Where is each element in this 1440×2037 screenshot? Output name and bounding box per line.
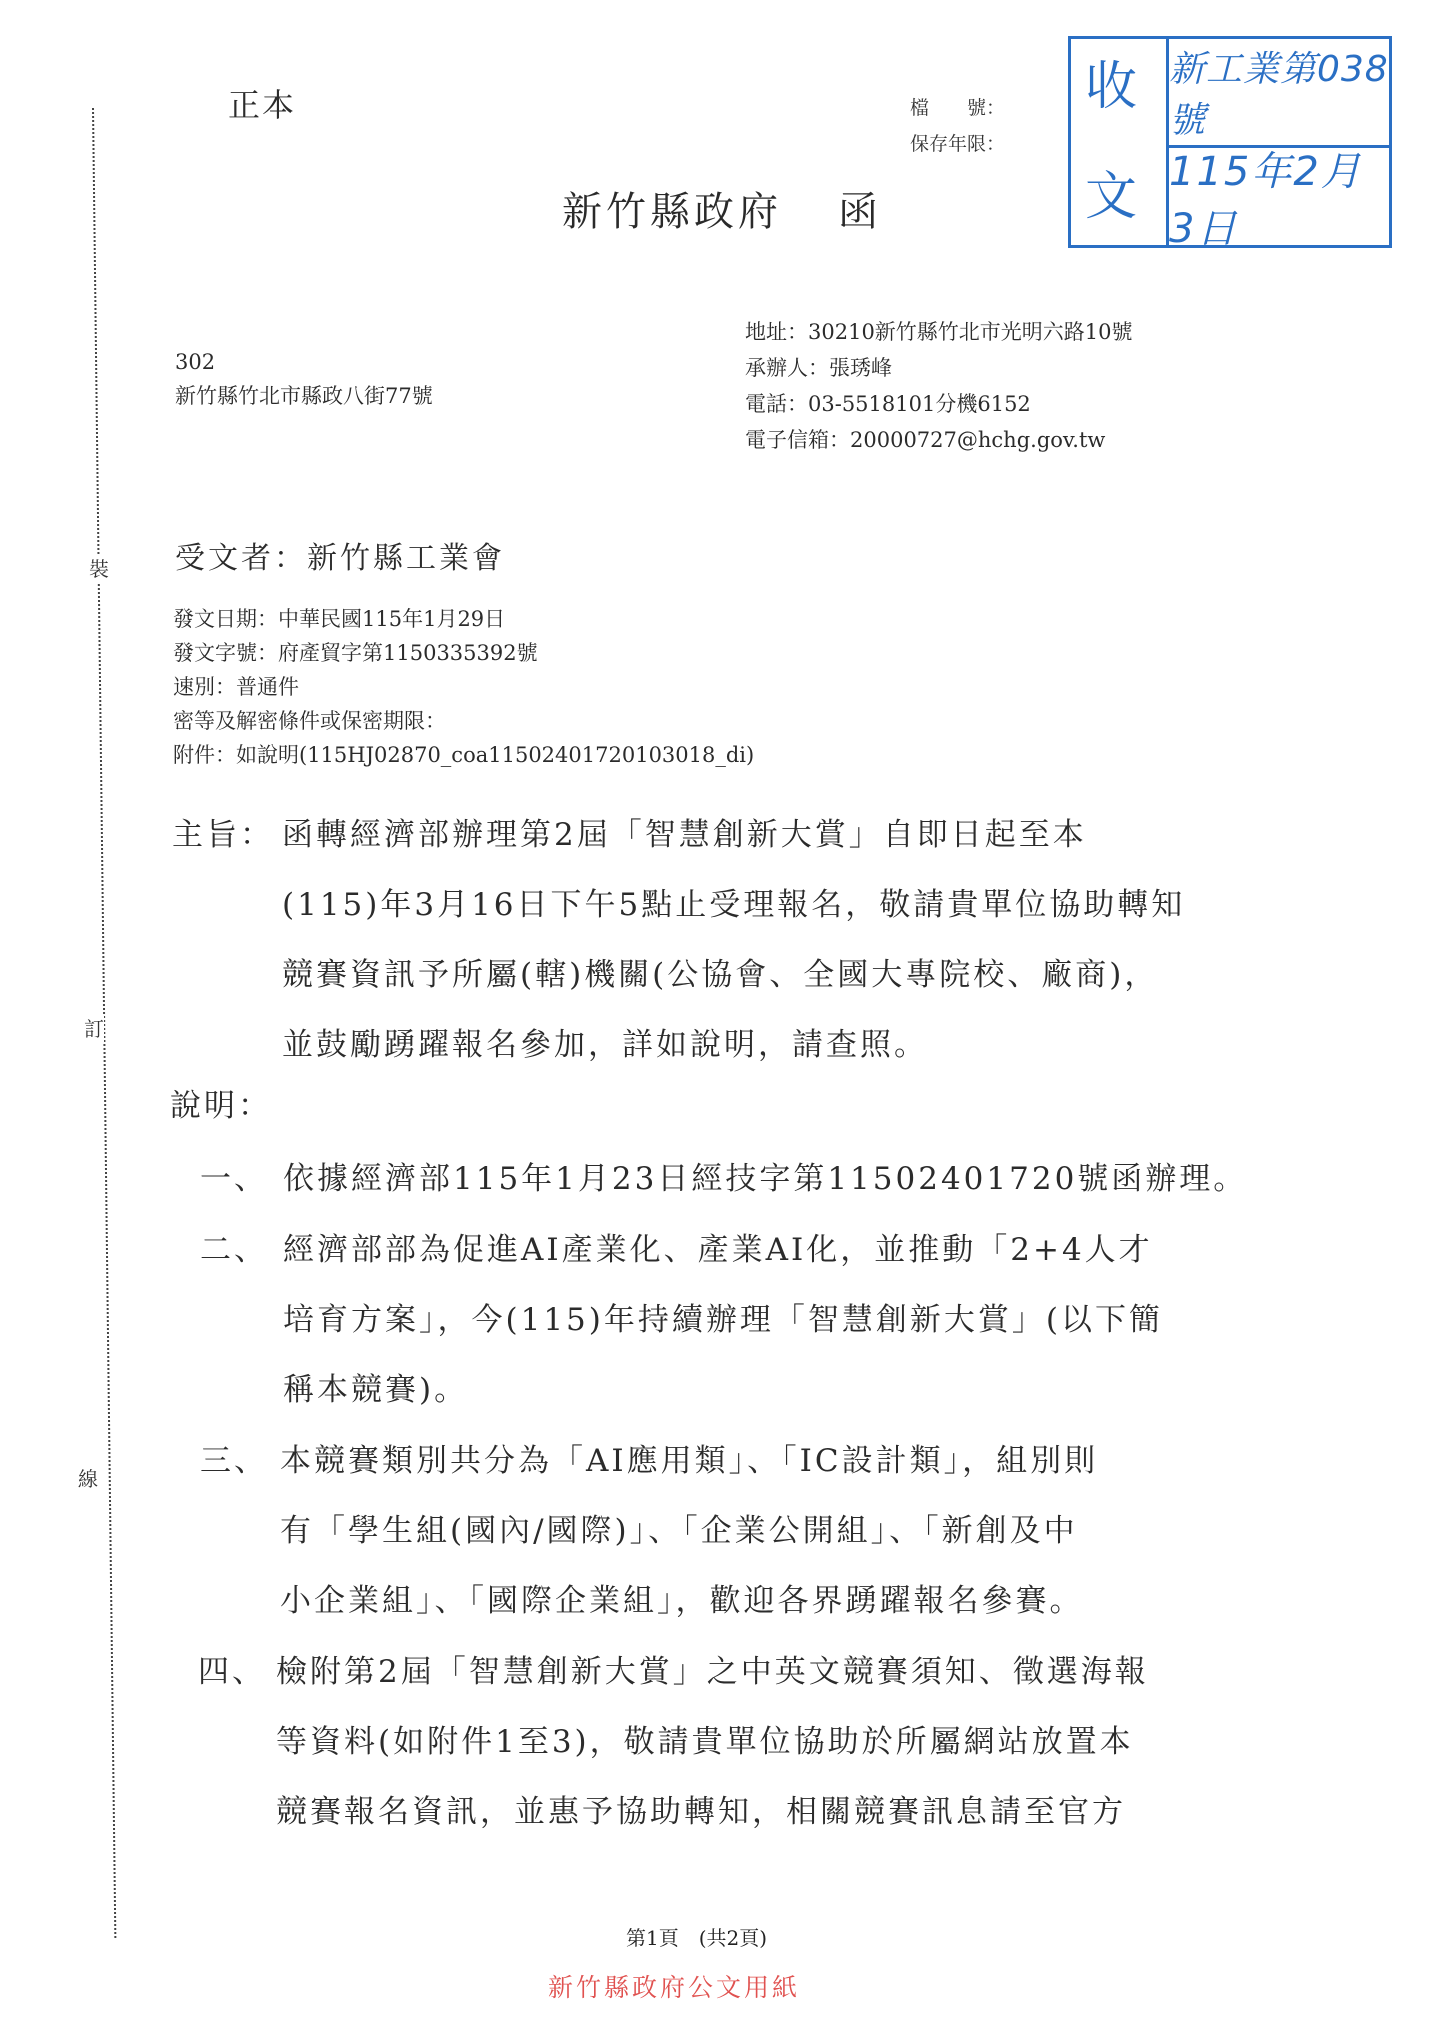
priority: 速別：普通件 — [173, 670, 754, 704]
item-line: 稱本競賽)。 — [283, 1364, 468, 1409]
title-org: 新竹縣政府 — [562, 189, 782, 235]
sender-officer: 承辦人：張琇峰 — [745, 350, 1133, 386]
issue-date: 發文日期：中華民國115年1月29日 — [173, 602, 754, 636]
page-number: 第1頁 (共2頁) — [626, 1922, 767, 1951]
sender-email: 電子信箱：20000727@hchg.gov.tw — [745, 422, 1133, 458]
subject-line: 競賽資訊予所屬(轄)機關(公協會、全國大專院校、廠商)， — [282, 940, 1158, 1010]
binding-char-xian: 線 — [78, 1466, 98, 1492]
attachment: 附件：如說明(115HJ02870_coa11502401720103018_d… — [173, 738, 754, 772]
sender-phone: 電話：03-5518101分機6152 — [745, 386, 1133, 422]
item-line: 本競賽類別共分為「AI應用類」、「IC設計類」，組別則 — [280, 1435, 1098, 1480]
file-meta: 檔 號： 保存年限： — [910, 90, 1005, 162]
stamp-char-document: 文 — [1085, 167, 1137, 227]
receipt-stamp: 收 文 新工業第038號 115年2月3日 — [1068, 36, 1392, 248]
stamp-char-receive: 收 — [1085, 57, 1137, 117]
document-title: 新竹縣政府函 — [562, 180, 882, 237]
item-line: 經濟部部為促進AI產業化、產業AI化，並推動「2+4人才 — [283, 1224, 1153, 1269]
item-marker: 四、 — [198, 1646, 266, 1691]
retention-label: 保存年限： — [910, 126, 1005, 162]
stamp-receipt-date: 115年2月3日 — [1169, 148, 1389, 245]
recipient-postal-code: 302 — [175, 345, 433, 379]
item-line: 檢附第2屆「智慧創新大賞」之中英文競賽須知、徵選海報 — [276, 1646, 1149, 1691]
file-number-label: 檔 號： — [910, 90, 1005, 126]
official-paper-label: 新竹縣政府公文用紙 — [548, 1968, 800, 2004]
classification: 密等及解密條件或保密期限： — [173, 704, 754, 738]
title-type: 函 — [838, 189, 882, 235]
item-line: 小企業組」、「國際企業組」，歡迎各界踴躍報名參賽。 — [280, 1575, 1084, 1620]
subject-label: 主旨： — [172, 800, 274, 870]
recipient-address: 新竹縣竹北市縣政八街77號 — [175, 379, 433, 413]
sender-address: 地址：30210新竹縣竹北市光明六路10號 — [745, 314, 1133, 350]
item-marker: 二、 — [200, 1224, 268, 1269]
stamp-receipt-number: 新工業第038號 — [1169, 39, 1389, 148]
item-line: 等資料(如附件1至3)，敬請貴單位協助於所屬網站放置本 — [276, 1716, 1134, 1761]
document-number: 發文字號：府產貿字第1150335392號 — [173, 636, 754, 670]
recipient-address-block: 302 新竹縣竹北市縣政八街77號 — [175, 345, 433, 413]
subject-line: 並鼓勵踴躍報名參加，詳如說明，請查照。 — [282, 1010, 928, 1080]
subject-line: 函轉經濟部辦理第2屆「智慧創新大賞」自即日起至本 — [282, 800, 1087, 870]
item-marker: 一、 — [200, 1153, 268, 1198]
document-meta: 發文日期：中華民國115年1月29日 發文字號：府產貿字第1150335392號… — [173, 602, 754, 772]
description-label: 說明： — [170, 1080, 272, 1125]
stamp-left-column: 收 文 — [1071, 39, 1169, 245]
item-marker: 三、 — [200, 1435, 268, 1480]
copy-label: 正本 — [228, 80, 296, 126]
item-line: 依據經濟部115年1月23日經技字第11502401720號函辦理。 — [283, 1153, 1247, 1198]
subject-line: (115)年3月16日下午5點止受理報名，敬請貴單位協助轉知 — [282, 870, 1185, 940]
sender-info: 地址：30210新竹縣竹北市光明六路10號 承辦人：張琇峰 電話：03-5518… — [745, 314, 1133, 458]
binding-char-ding: 訂 — [84, 1016, 104, 1042]
item-line: 有「學生組(國內/國際)」、「企業公開組」、「新創及中 — [280, 1505, 1078, 1550]
item-line: 競賽報名資訊，並惠予協助轉知，相關競賽訊息請至官方 — [276, 1786, 1126, 1831]
addressee: 受文者：新竹縣工業會 — [175, 533, 505, 577]
binding-char-zhuang: 裝 — [89, 556, 109, 582]
item-line: 培育方案」，今(115)年持續辦理「智慧創新大賞」(以下簡 — [283, 1294, 1163, 1339]
